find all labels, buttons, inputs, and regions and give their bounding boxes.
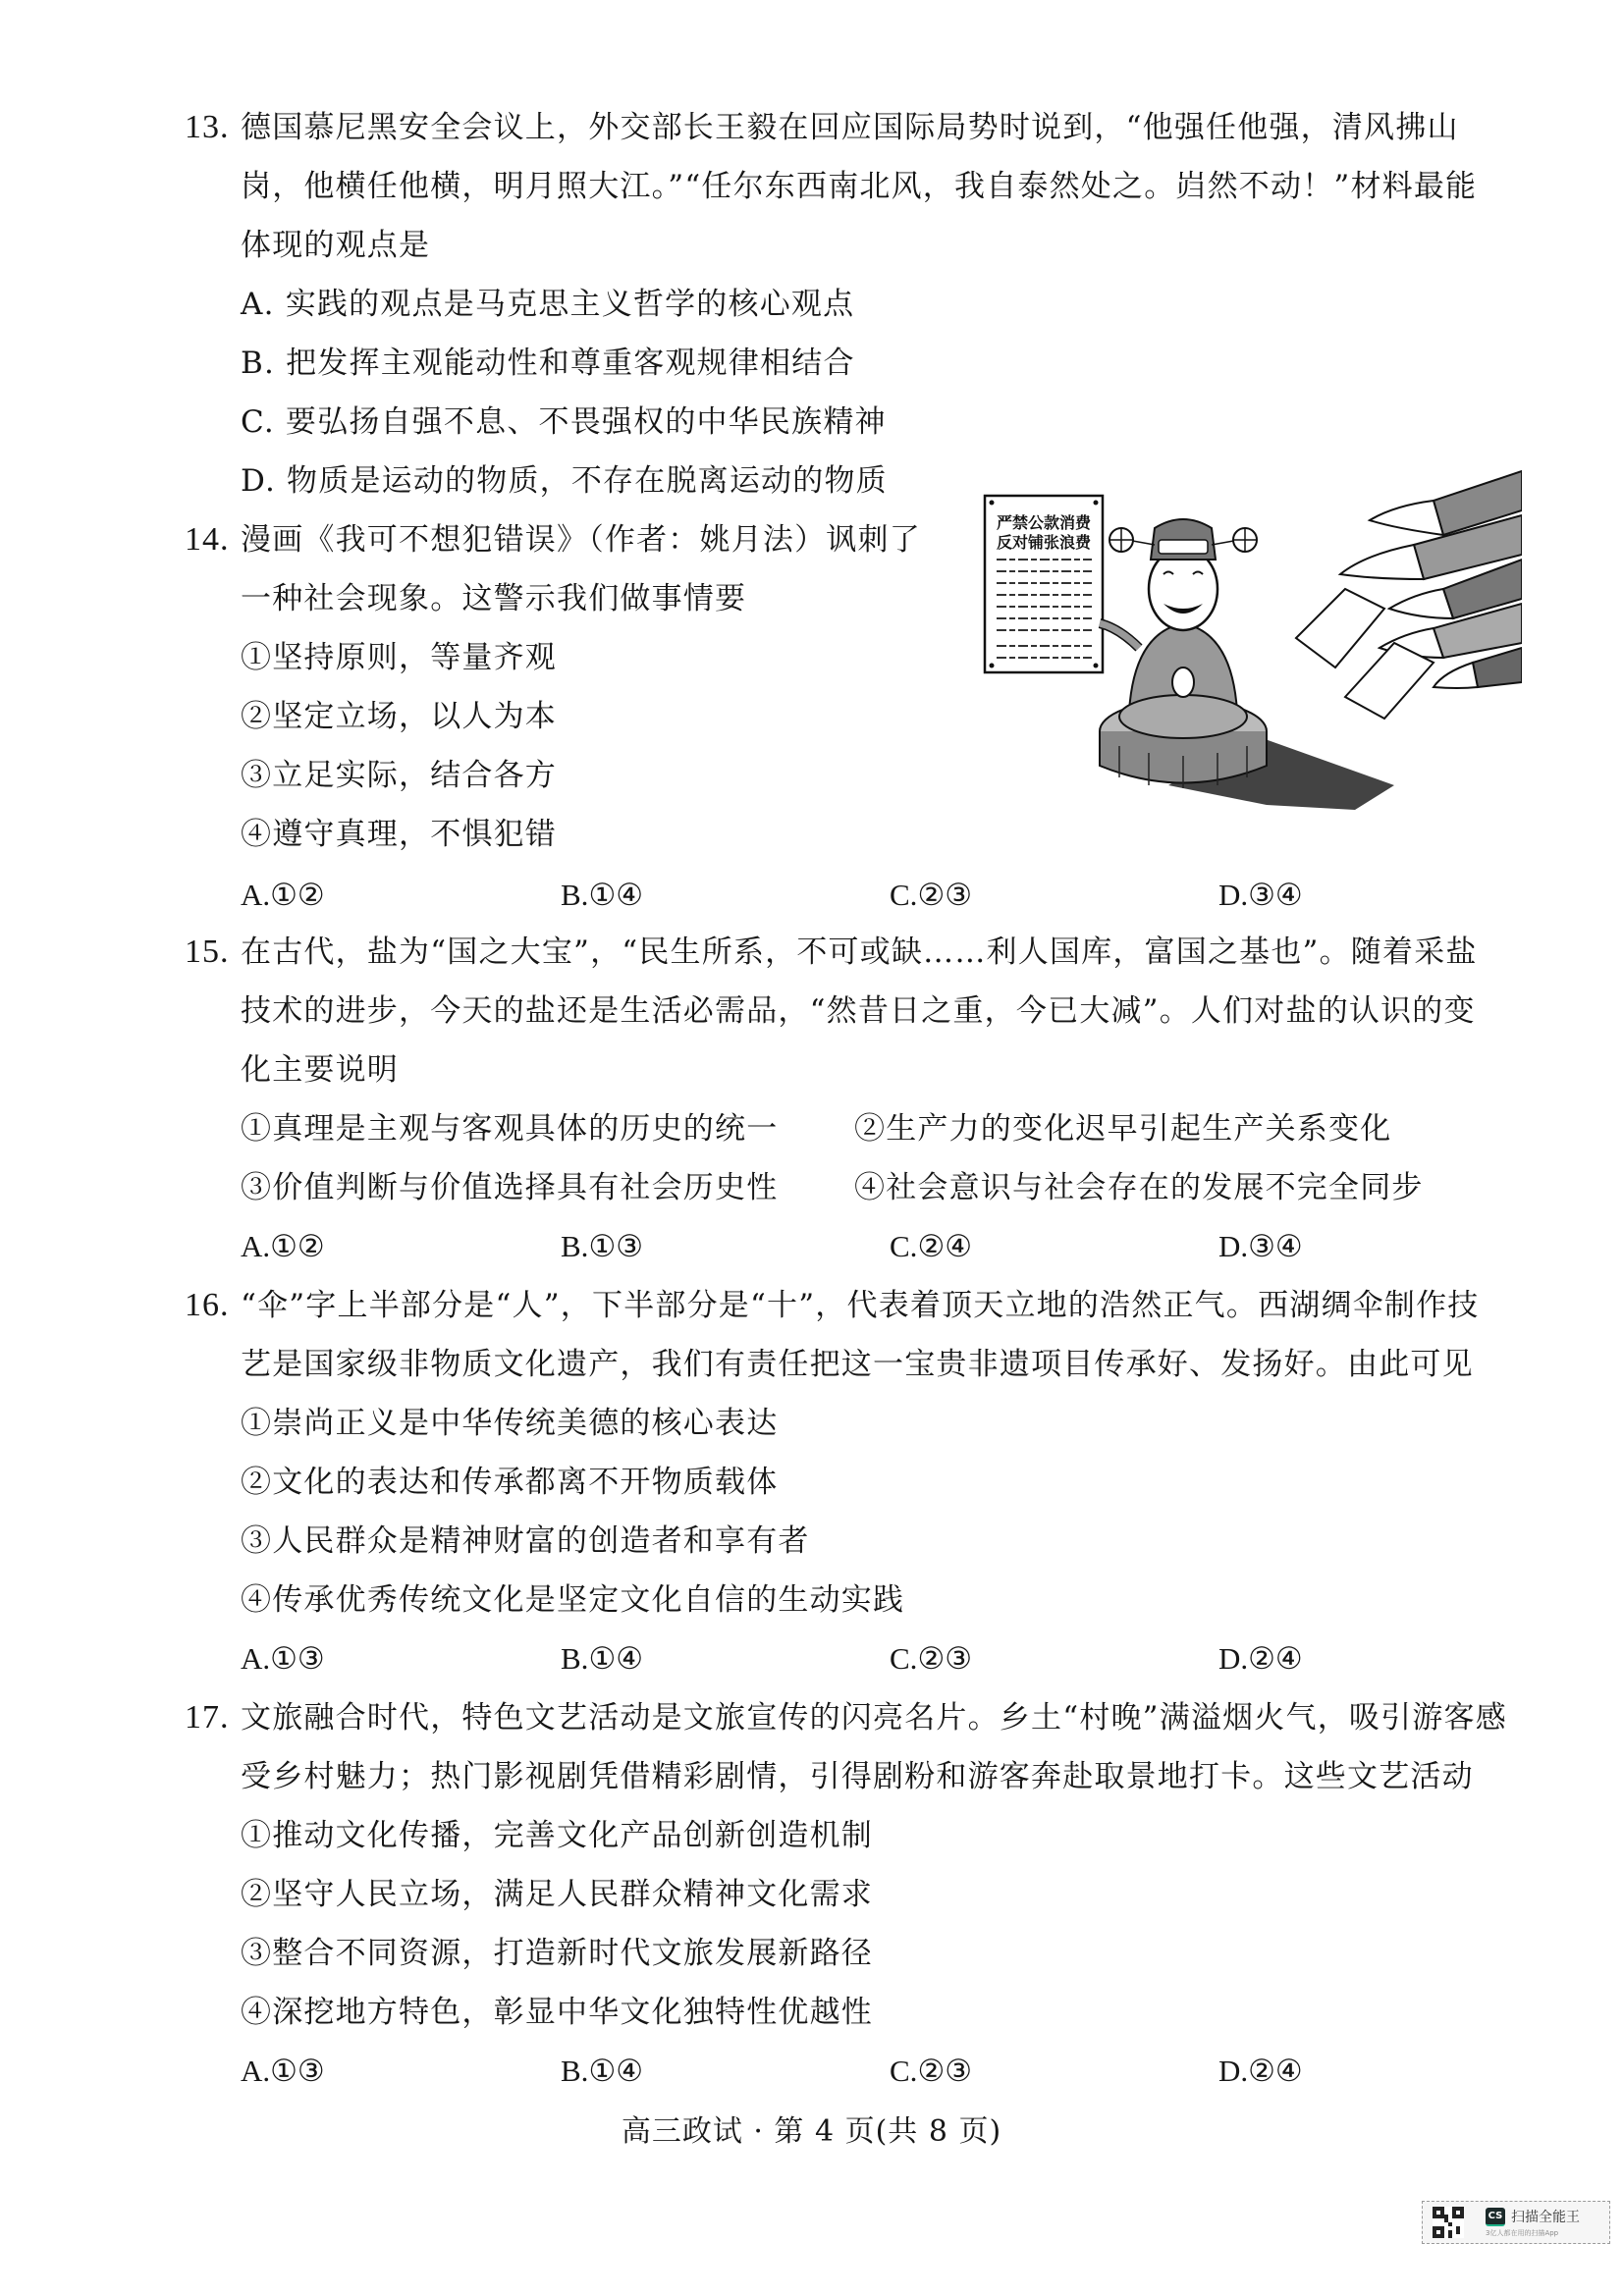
- answer-choices: A.①② B.①④ C.②③ D.③④: [241, 866, 1517, 925]
- choice-c: C.②③: [890, 2042, 972, 2101]
- statement-4: ④传承优秀传统文化是坚定文化自信的生动实践: [241, 1571, 904, 1629]
- question-number: 14.: [185, 510, 230, 569]
- svg-text:严禁公款消费: 严禁公款消费: [997, 513, 1092, 532]
- statement-4: ④社会意识与社会存在的发展不完全同步: [854, 1158, 1424, 1217]
- page-footer: 高三政试 · 第 4 页(共 8 页): [0, 2107, 1623, 2150]
- answer-choices: A.①② B.①③ C.②④ D.③④: [241, 1217, 1517, 1276]
- watermark-app-name: 扫描全能王: [1511, 2207, 1580, 2226]
- statement-2: ②文化的表达和传承都离不开物质载体: [241, 1453, 778, 1512]
- statement-2: ②坚守人民立场，满足人民群众精神文化需求: [241, 1865, 873, 1924]
- statement-1: ①崇尚正义是中华传统美德的核心表达: [241, 1394, 778, 1453]
- choice-d: D.③④: [1218, 866, 1303, 925]
- scanner-watermark: CS 扫描全能王 3亿人都在用的扫描App: [1422, 2201, 1610, 2244]
- statement-2: ②生产力的变化迟早引起生产关系变化: [854, 1099, 1391, 1158]
- option-d: D. 物质是运动的物质，不存在脱离运动的物质: [241, 452, 888, 510]
- statement-4: ④遵守真理，不惧犯错: [241, 805, 557, 864]
- choice-a: A.①③: [241, 2042, 325, 2101]
- camscanner-logo-icon: CS: [1486, 2208, 1505, 2226]
- choice-b: B.①④: [561, 866, 643, 925]
- question-16: 16. “伞”字上半部分是“人”，下半部分是“十”，代表着顶天立地的浩然正气。西…: [185, 1276, 1540, 1394]
- svg-text:反对铺张浪费: 反对铺张浪费: [997, 533, 1092, 552]
- cartoon-illustration: 严禁公款消费 反对铺张浪费: [972, 461, 1522, 834]
- statement-3: ③整合不同资源，打造新时代文旅发展新路径: [241, 1924, 873, 1983]
- choice-a: A.①③: [241, 1629, 325, 1688]
- statement-3: ③人民群众是精神财富的创造者和享有者: [241, 1512, 810, 1571]
- question-number: 16.: [185, 1276, 230, 1335]
- question-stem: 在古代，盐为“国之大宝”，“民生所系，不可或缺……利人国库，富国之基也”。随着采…: [241, 923, 1540, 1099]
- choice-a: A.①②: [241, 866, 325, 925]
- question-13: 13. 德国慕尼黑安全会议上，外交部长王毅在回应国际局势时说到，“他强任他强，清…: [185, 98, 1540, 275]
- stem-line: 受乡村魅力；热门影视剧凭借精彩剧情，引得剧粉和游客奔赴取景地打卡。这些文艺活动: [241, 1747, 1540, 1806]
- question-17: 17. 文旅融合时代，特色文艺活动是文旅宣传的闪亮名片。乡土“村晚”满溢烟火气，…: [185, 1688, 1540, 1806]
- stem-line: 艺是国家级非物质文化遗产，我们有责任把这一宝贵非遗项目传承好、发扬好。由此可见: [241, 1335, 1540, 1394]
- question-number: 15.: [185, 923, 230, 982]
- choice-d: D.③④: [1218, 1217, 1303, 1276]
- statement-2: ②坚定立场，以人为本: [241, 687, 557, 746]
- stem-line: 文旅融合时代，特色文艺活动是文旅宣传的闪亮名片。乡土“村晚”满溢烟火气，吸引游客…: [241, 1688, 1540, 1747]
- question-number: 13.: [185, 98, 230, 157]
- answer-choices: A.①③ B.①④ C.②③ D.②④: [241, 2042, 1517, 2101]
- question-stem: 文旅融合时代，特色文艺活动是文旅宣传的闪亮名片。乡土“村晚”满溢烟火气，吸引游客…: [241, 1688, 1540, 1806]
- option-a: A. 实践的观点是马克思主义哲学的核心观点: [241, 275, 854, 334]
- choice-d: D.②④: [1218, 2042, 1303, 2101]
- option-c: C. 要弘扬自强不息、不畏强权的中华民族精神: [241, 393, 887, 452]
- statement-1: ①推动文化传播，完善文化产品创新创造机制: [241, 1806, 873, 1865]
- stem-line: 岗，他横任他横，明月照大江。”“任尔东西南北风，我自泰然处之。岿然不动！”材料最…: [241, 157, 1540, 216]
- stem-line: 在古代，盐为“国之大宝”，“民生所系，不可或缺……利人国库，富国之基也”。随着采…: [241, 923, 1540, 982]
- stem-line: 技术的进步，今天的盐还是生活必需品，“然昔日之重，今已大减”。人们对盐的认识的变: [241, 982, 1540, 1041]
- choice-c: C.②③: [890, 866, 972, 925]
- choice-b: B.①④: [561, 1629, 643, 1688]
- question-15: 15. 在古代，盐为“国之大宝”，“民生所系，不可或缺……利人国库，富国之基也”…: [185, 923, 1540, 1099]
- statement-3: ③立足实际，结合各方: [241, 746, 557, 805]
- question-number: 17.: [185, 1688, 230, 1747]
- exam-page: 13. 德国慕尼黑安全会议上，外交部长王毅在回应国际局势时说到，“他强任他强，清…: [0, 0, 1623, 2296]
- statement-1: ①坚持原则，等量齐观: [241, 628, 557, 687]
- question-stem: “伞”字上半部分是“人”，下半部分是“十”，代表着顶天立地的浩然正气。西湖绸伞制…: [241, 1276, 1540, 1394]
- option-b: B. 把发挥主观能动性和尊重客观规律相结合: [241, 334, 855, 393]
- choice-a: A.①②: [241, 1217, 325, 1276]
- choice-c: C.②③: [890, 1629, 972, 1688]
- choice-b: B.①③: [561, 1217, 643, 1276]
- answer-choices: A.①③ B.①④ C.②③ D.②④: [241, 1629, 1517, 1688]
- statement-1: ①真理是主观与客观具体的历史的统一: [241, 1099, 778, 1158]
- watermark-tagline: 3亿人都在用的扫描App: [1486, 2228, 1558, 2238]
- stem-line: 体现的观点是: [241, 216, 1540, 275]
- stem-line: 德国慕尼黑安全会议上，外交部长王毅在回应国际局势时说到，“他强任他强，清风拂山: [241, 98, 1540, 157]
- stem-line: “伞”字上半部分是“人”，下半部分是“十”，代表着顶天立地的浩然正气。西湖绸伞制…: [241, 1276, 1540, 1335]
- statement-4: ④深挖地方特色，彰显中华文化独特性优越性: [241, 1983, 873, 2042]
- statement-3: ③价值判断与价值选择具有社会历史性: [241, 1158, 778, 1217]
- choice-c: C.②④: [890, 1217, 972, 1276]
- qr-code-icon: [1433, 2207, 1464, 2238]
- choice-d: D.②④: [1218, 1629, 1303, 1688]
- cartoon-drawing-icon: 严禁公款消费 反对铺张浪费: [972, 461, 1522, 834]
- choice-b: B.①④: [561, 2042, 643, 2101]
- question-stem: 德国慕尼黑安全会议上，外交部长王毅在回应国际局势时说到，“他强任他强，清风拂山 …: [241, 98, 1540, 275]
- stem-line: 化主要说明: [241, 1041, 1540, 1099]
